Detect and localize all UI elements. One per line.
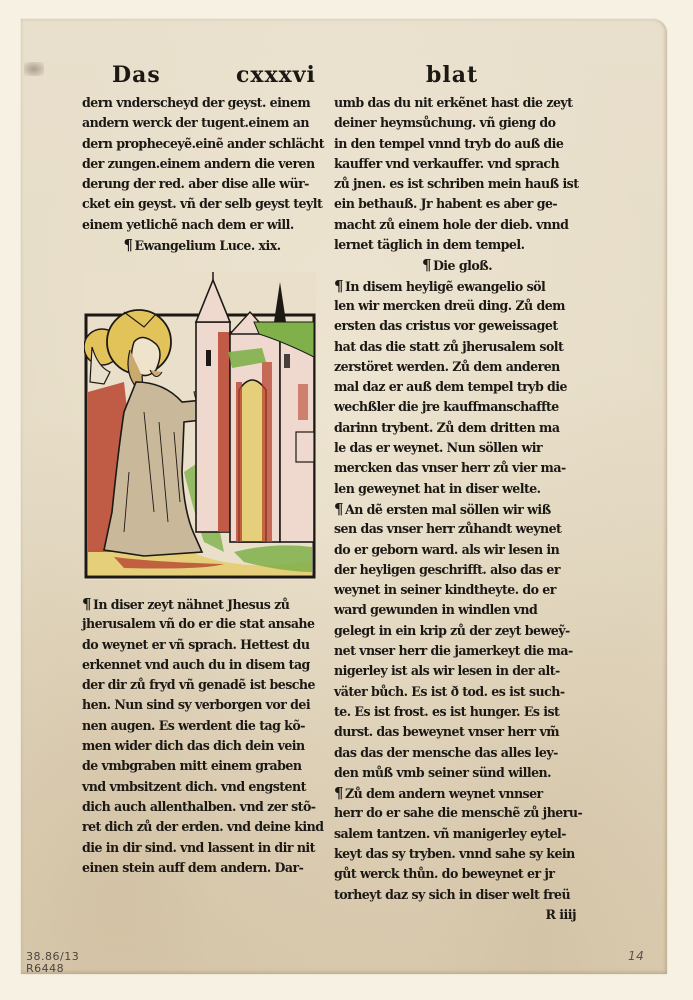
text-line: das das der mensche das alles ley- (334, 743, 580, 763)
text-line: lernet täglich in dem tempel. (334, 235, 580, 255)
left-column-top: dern vnderscheyd der geyst. einem andern… (82, 93, 322, 255)
text-line: keyt das sy tryben. vnnd sahe sy kein (334, 844, 580, 864)
text-line: deiner heymsůchung. vñ gieng do (334, 113, 580, 133)
header-das: Das (112, 62, 161, 88)
text-line: gelegt in ein krip zů der zeyt beweỹ- (334, 621, 580, 641)
text-line: jherusalem vñ do er die stat ansahe (82, 614, 322, 634)
text-line: salem tantzen. vñ manigerley eytel- (334, 824, 580, 844)
text-line: ¶An dẽ ersten mal söllen wir wiß (334, 499, 580, 519)
text-line: erkennet vnd auch du in disem tag (82, 655, 322, 675)
text-line: weynet in seiner kindtheyte. do er (334, 580, 580, 600)
right-column: umb das du nit erkẽnet hast die zeyt dei… (334, 93, 580, 925)
text-line: nigerley ist als wir lesen in der alt- (334, 661, 580, 681)
text-line: umb das du nit erkẽnet hast die zeyt (334, 93, 580, 113)
text-line-content: Zů dem andern weynet vnnser (345, 786, 543, 801)
text-line: do weynet er vñ sprach. Hettest du (82, 635, 322, 655)
paragraph-mark-icon: ¶ (123, 236, 132, 254)
paragraph-mark-icon: ¶ (334, 277, 343, 295)
text-line: dern vnderscheyd der geyst. einem (82, 93, 322, 113)
gloss-heading-text: Die gloß. (433, 258, 492, 273)
paragraph-mark-icon: ¶ (334, 784, 343, 802)
text-line: den můß vmb seiner sünd willen. (334, 763, 580, 783)
text-line-content: An dẽ ersten mal söllen wir wiß (345, 502, 551, 517)
text-line: in den tempel vnnd tryb do auß die (334, 134, 580, 154)
text-line: einem yetlichẽ nach dem er will. (82, 215, 322, 235)
text-line: herr do er sahe die menschẽ zů jheru- (334, 803, 580, 823)
text-line: torheyt daz sy sich in diser welt freü (334, 885, 580, 905)
text-line: mal daz er auß dem tempel tryb die (334, 377, 580, 397)
text-line: ¶Zů dem andern weynet vnnser (334, 783, 580, 803)
woodcut-illustration (84, 272, 316, 580)
paragraph-mark-icon: ¶ (334, 500, 343, 518)
text-line: de vmbgraben mitt einem graben (82, 756, 322, 776)
paragraph-mark-icon: ¶ (422, 256, 431, 274)
signature-mark: R iiij (334, 905, 580, 925)
text-line: do er geborn ward. als wir lesen in (334, 540, 580, 560)
text-line: te. Es ist frost. es ist hunger. Es ist (334, 702, 580, 722)
text-line: einen stein auff dem andern. Dar- (82, 858, 322, 878)
pencil-folio-number: 14 (628, 950, 644, 962)
paragraph-mark-icon: ¶ (82, 595, 91, 613)
accession-line-2: R6448 (26, 963, 79, 975)
header-folio-number: cxxxvi (236, 62, 316, 88)
text-line: ward gewunden in windlen vnd (334, 600, 580, 620)
text-line: ein bethauß. Jr habent es aber ge- (334, 194, 580, 214)
text-line: nen augen. Es werdent die tag kõ- (82, 716, 322, 736)
text-line: net vnser herr die jamerkeyt die ma- (334, 641, 580, 661)
gospel-heading: ¶Ewangelium Luce. xix. (82, 235, 322, 255)
text-line: le das er weynet. Nun söllen wir (334, 438, 580, 458)
text-line: die in dir sind. vnd lassent in dir nit (82, 838, 322, 858)
text-line: darinn trybent. Zů dem dritten ma (334, 418, 580, 438)
paper-stain (24, 62, 44, 76)
text-line: mercken das vnser herr zů vier ma- (334, 458, 580, 478)
text-line: ¶In diser zeyt nähnet Jhesus zů (82, 594, 322, 614)
text-line: andern werck der tugent.einem an (82, 113, 322, 133)
text-line: vnd vmbsitzent dich. vnd engstent (82, 777, 322, 797)
gospel-heading-text: Ewangelium Luce. xix. (134, 238, 280, 253)
text-line: der dir zů fryd vñ genadẽ ist besche (82, 675, 322, 695)
text-line: ¶In disem heyligẽ ewangelio söl (334, 276, 580, 296)
text-line: durst. das beweynet vnser herr vm̃ (334, 722, 580, 742)
header-blat: blat (426, 62, 478, 88)
text-line: len geweynet hat in diser welte. (334, 479, 580, 499)
text-line: zů jnen. es ist schriben mein hauß ist (334, 174, 580, 194)
text-line: kauffer vnd verkauffer. vnd sprach (334, 154, 580, 174)
text-line: len wir mercken dreü ding. Zů dem (334, 296, 580, 316)
text-line: sen das vnser herr zůhandt weynet (334, 519, 580, 539)
text-line: ersten das cristus vor geweissaget (334, 316, 580, 336)
text-line: wechßler die jre kauffmanschaffte (334, 397, 580, 417)
text-line: zerstöret werden. Zů dem anderen (334, 357, 580, 377)
text-line: ret dich zů der erden. vnd deine kind (82, 817, 322, 837)
text-line: gůt werck thůn. do beweynet er jr (334, 864, 580, 884)
accession-number: 38.86/13 R6448 (26, 951, 79, 975)
text-line: macht zů einem hole der dieb. vnnd (334, 215, 580, 235)
text-line: dich auch allenthalben. vnd zer stõ- (82, 797, 322, 817)
text-line-content: In diser zeyt nähnet Jhesus zů (93, 597, 289, 612)
text-line: hen. Nun sind sy verborgen vor dei (82, 695, 322, 715)
text-line: men wider dich das dich dein vein (82, 736, 322, 756)
text-line: dern propheceyẽ.einẽ ander schlächt (82, 134, 322, 154)
left-column-bottom: ¶In diser zeyt nähnet Jhesus zů jherusal… (82, 594, 322, 878)
text-line: der heyligen geschrifft. also das er (334, 560, 580, 580)
gloss-heading: ¶Die gloß. (334, 255, 580, 275)
text-line: väter bůch. Es ist ð tod. es ist such- (334, 682, 580, 702)
text-line: der zungen.einem andern die veren (82, 154, 322, 174)
text-line: cket ein geyst. vñ der selb geyst teylt (82, 194, 322, 214)
text-line-content: In disem heyligẽ ewangelio söl (345, 279, 545, 294)
text-line: hat das die statt zů jherusalem solt (334, 337, 580, 357)
text-line: derung der red. aber dise alle wür- (82, 174, 322, 194)
